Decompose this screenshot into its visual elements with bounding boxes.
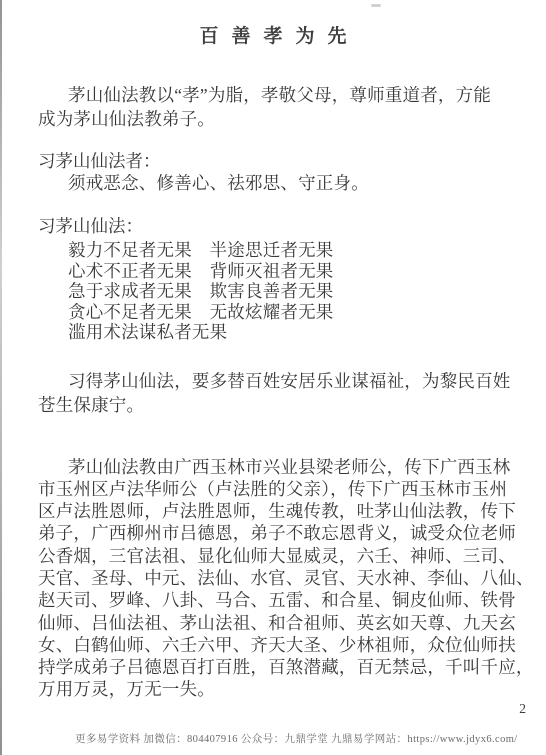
rule-line: 毅力不足者无果 半途思迁者无果 <box>38 240 508 261</box>
rule-line: 滥用术法谋私者无果 <box>38 322 508 343</box>
method-section-heading: 习茅山仙法： <box>38 215 508 237</box>
page-number: 2 <box>519 701 526 717</box>
text-line: 区卢法胜恩师，卢法胜恩师，生魂传教，吐茅山仙法教，传下 <box>38 500 508 522</box>
practitioner-section-body: 须戒恶念、修善心、祛邪思、守正身。 <box>38 172 508 195</box>
practitioner-section-heading: 习茅山仙法者： <box>38 150 508 172</box>
scanned-document-page: 百善孝为先 茅山仙法教以“孝”为脂，孝敬父母，尊师重道者，方能成为茅山仙法教弟子… <box>0 0 546 755</box>
method-rules-list: 毅力不足者无果 半途思迁者无果心术不正者无果 背师灭祖者无果急于求成者无果 欺害… <box>38 240 508 343</box>
text-line: 苍生保康宁。 <box>38 393 508 417</box>
scan-smudge-artifact <box>371 4 381 7</box>
lineage-paragraph: 茅山仙法教由广西玉林市兴业县梁老师公，传下广西玉林市玉州区卢法华师公（卢法胜的父… <box>38 456 508 701</box>
rule-line: 急于求成者无果 欺害良善者无果 <box>38 281 508 302</box>
text-line: 茅山仙法教由广西玉林市兴业县梁老师公，传下广西玉林 <box>38 456 508 478</box>
text-line: 公香烟，三官法祖、显化仙师大显威灵，六壬、神师、三司、 <box>38 545 508 567</box>
text-line: 成为茅山仙法教弟子。 <box>38 107 508 131</box>
blessing-paragraph: 习得茅山仙法，要多替百姓安居乐业谋福祉，为黎民百姓苍生保康宁。 <box>38 369 508 417</box>
text-line: 弟子，广西柳州市吕德恩，弟子不敢忘恩背义，诚受众位老师 <box>38 522 508 544</box>
page-title: 百善孝为先 <box>38 0 508 48</box>
watermark-footer: 更多易学资料 加微信：804407916 公众号：九鼎学堂 九鼎易学网站：htt… <box>75 731 518 746</box>
rule-line: 贪心不足者无果 无故炫耀者无果 <box>38 302 508 323</box>
text-line: 赵天司、罗峰、八卦、马合、五雷、和合星、铜皮仙师、铁骨 <box>38 589 508 611</box>
intro-paragraph: 茅山仙法教以“孝”为脂，孝敬父母，尊师重道者，方能成为茅山仙法教弟子。 <box>38 83 508 131</box>
text-line: 习得茅山仙法，要多替百姓安居乐业谋福祉，为黎民百姓 <box>38 369 508 393</box>
text-line: 市玉州区卢法华师公（卢法胜的父亲），传下广西玉林市玉州 <box>38 478 508 500</box>
page-content: 百善孝为先 茅山仙法教以“孝”为脂，孝敬父母，尊师重道者，方能成为茅山仙法教弟子… <box>0 0 546 701</box>
text-line: 茅山仙法教以“孝”为脂，孝敬父母，尊师重道者，方能 <box>38 83 508 107</box>
text-line: 仙师、吕仙法祖、茅山法祖、和合祖师、英玄如天尊、九天玄 <box>38 612 508 634</box>
text-line: 万用万灵，万无一失。 <box>38 678 508 700</box>
rule-line: 心术不正者无果 背师灭祖者无果 <box>38 261 508 282</box>
scan-left-edge-artifact <box>0 0 2 755</box>
text-line: 须戒恶念、修善心、祛邪思、守正身。 <box>38 172 508 195</box>
text-line: 持学成弟子吕德恩百打百胜，百煞潜藏，百无禁忌，千叫千应， <box>38 656 508 678</box>
text-line: 女、白鹤仙师、六壬六甲、齐天大圣、少林祖师，众位仙师扶 <box>38 634 508 656</box>
text-line: 天官、圣母、中元、法仙、水官、灵官、天水神、李仙、八仙、 <box>38 567 508 589</box>
